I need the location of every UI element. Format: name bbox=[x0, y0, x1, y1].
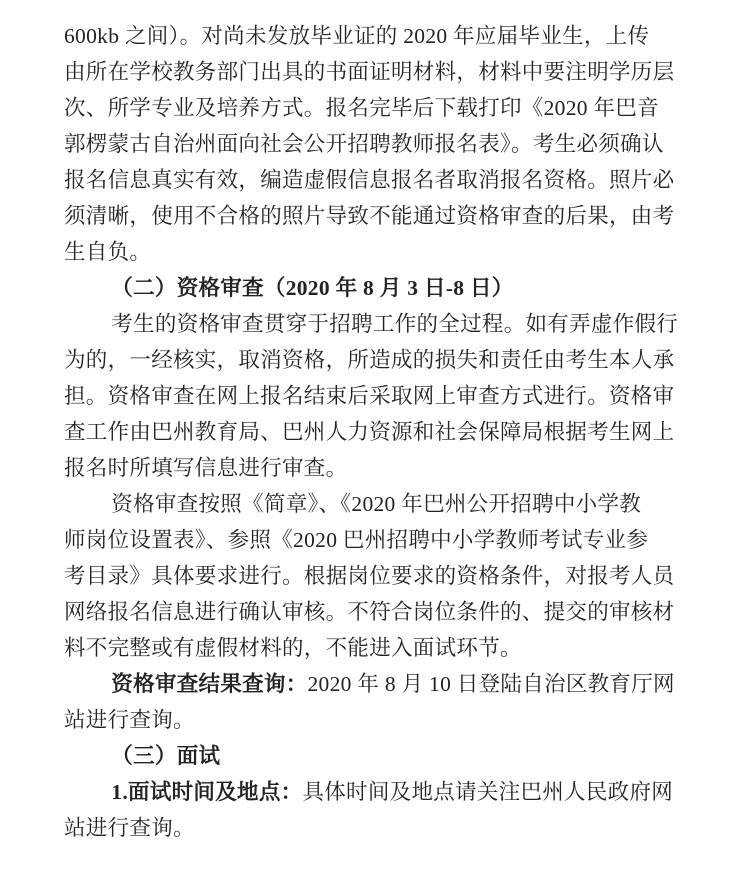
heading-qualification-review: （二）资格审查（2020 年 8 月 3 日-8 日） bbox=[64, 270, 680, 306]
para-interview-time-location: 1.面试时间及地点：具体时间及地点请关注巴州人民政府网 站进行查询。 bbox=[64, 774, 680, 846]
document-page: 600kb 之间）。对尚未发放毕业证的 2020 年应届毕业生，上传 由所在学校… bbox=[0, 0, 738, 889]
heading-interview: （三）面试 bbox=[64, 738, 680, 774]
para-graduate-certificate-upload: 600kb 之间）。对尚未发放毕业证的 2020 年应届毕业生，上传 由所在学校… bbox=[64, 18, 680, 270]
para-review-process: 考生的资格审查贯穿于招聘工作的全过程。如有弄虚作假行 为的，一经核实，取消资格，… bbox=[64, 306, 680, 486]
para-review-result-query: 资格审查结果查询：2020 年 8 月 10 日登陆自治区教育厅网 站进行查询。 bbox=[64, 666, 680, 738]
para-review-standards: 资格审查按照《简章》、《2020 年巴州公开招聘中小学教 师岗位设置表》、参照《… bbox=[64, 486, 680, 666]
review-result-query-label: 资格审查结果查询： bbox=[111, 672, 307, 696]
interview-time-location-label: 1.面试时间及地点： bbox=[111, 780, 302, 804]
